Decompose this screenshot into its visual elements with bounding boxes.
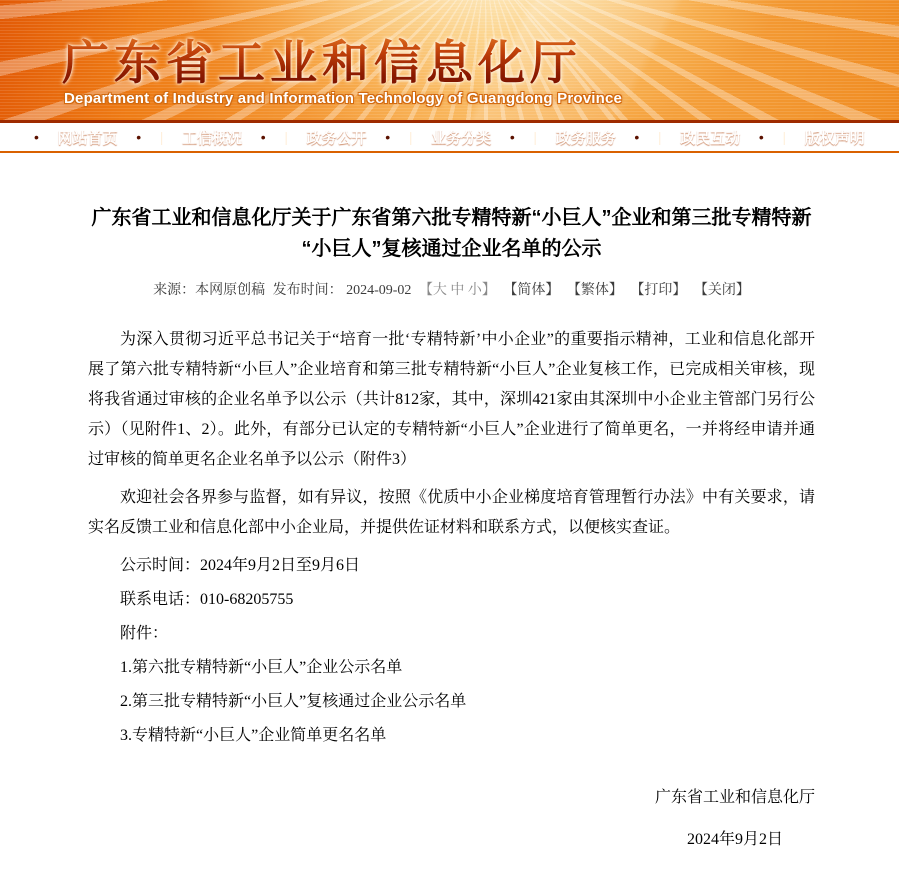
print-button[interactable]: 【打印】: [630, 283, 686, 298]
site-subtitle-english: Department of Industry and Information T…: [64, 90, 622, 107]
font-size-controls[interactable]: 【大 中 小】: [419, 283, 496, 298]
meta-publish-time: 发布时间： 2024-09-02: [273, 283, 412, 298]
article-body: 为深入贯彻习近平总书记关于“培育一批‘专精特新’中小企业”的重要指示精神，工业和…: [88, 325, 815, 751]
nav-separator: |: [533, 129, 537, 145]
nav-item-business-category[interactable]: 业务分类: [431, 127, 491, 148]
article-meta: 来源：本网原创稿 发布时间： 2024-09-02 【大 中 小】 【简体】 【…: [88, 279, 815, 299]
publicity-period: 公示时间：2024年9月2日至9月6日: [88, 551, 815, 581]
traditional-chinese-button[interactable]: 【繁体】: [567, 283, 623, 298]
simplified-chinese-button[interactable]: 【简体】: [503, 283, 559, 298]
article-content: 广东省工业和信息化厅关于广东省第六批专精特新“小巨人”企业和第三批专精特新“小巨…: [0, 153, 899, 869]
nav-separator: |: [160, 129, 164, 145]
nav-item-gov-disclosure[interactable]: 政务公开: [307, 127, 367, 148]
nav-separator: |: [409, 129, 413, 145]
contact-phone: 联系电话：010-68205755: [88, 585, 815, 615]
paragraph-2: 欢迎社会各界参与监督，如有异议，按照《优质中小企业梯度培育管理暂行办法》中有关要…: [88, 483, 815, 543]
close-button[interactable]: 【关闭】: [694, 283, 750, 298]
nav-bullet-icon: •: [385, 130, 390, 144]
nav-bullet-icon: •: [136, 130, 141, 144]
article-title: 广东省工业和信息化厅关于广东省第六批专精特新“小巨人”企业和第三批专精特新“小巨…: [88, 203, 815, 265]
site-title: 广东省工业和信息化厅: [62, 26, 582, 93]
signature-department: 广东省工业和信息化厅: [655, 783, 815, 813]
nav-bullet-icon: •: [261, 130, 266, 144]
nav-bullet-icon: •: [634, 130, 639, 144]
signature-date: 2024年9月2日: [655, 825, 815, 855]
meta-source: 来源：本网原创稿: [153, 283, 265, 298]
nav-item-home[interactable]: 网站首页: [58, 127, 118, 148]
nav-separator: |: [658, 129, 662, 145]
nav-separator: |: [782, 129, 786, 145]
attachment-item-1: 1.第六批专精特新“小巨人”企业公示名单: [88, 653, 815, 683]
nav-item-public-interaction[interactable]: 政民互动: [680, 127, 740, 148]
nav-separator: |: [284, 129, 288, 145]
attachment-item-2: 2.第三批专精特新“小巨人”复核通过企业公示名单: [88, 687, 815, 717]
paragraph-1: 为深入贯彻习近平总书记关于“培育一批‘专精特新’中小企业”的重要指示精神，工业和…: [88, 325, 815, 475]
site-banner: 广东省工业和信息化厅 Department of Industry and In…: [0, 0, 899, 120]
nav-bullet-icon: •: [510, 130, 515, 144]
nav-item-copyright[interactable]: 版权声明: [805, 127, 865, 148]
attachment-item-3: 3.专精特新“小巨人”企业简单更名名单: [88, 721, 815, 751]
nav-bullet-icon: •: [759, 130, 764, 144]
nav-item-overview[interactable]: 工信概况: [182, 127, 242, 148]
nav-bullet-icon: •: [34, 130, 39, 144]
attachments-label: 附件：: [88, 619, 815, 649]
nav-item-gov-services[interactable]: 政务服务: [556, 127, 616, 148]
signature-block: 广东省工业和信息化厅 2024年9月2日: [655, 783, 815, 855]
main-nav: • 网站首页 • | 工信概况 • | 政务公开 • | 业务分类 • | 政务…: [0, 120, 899, 153]
